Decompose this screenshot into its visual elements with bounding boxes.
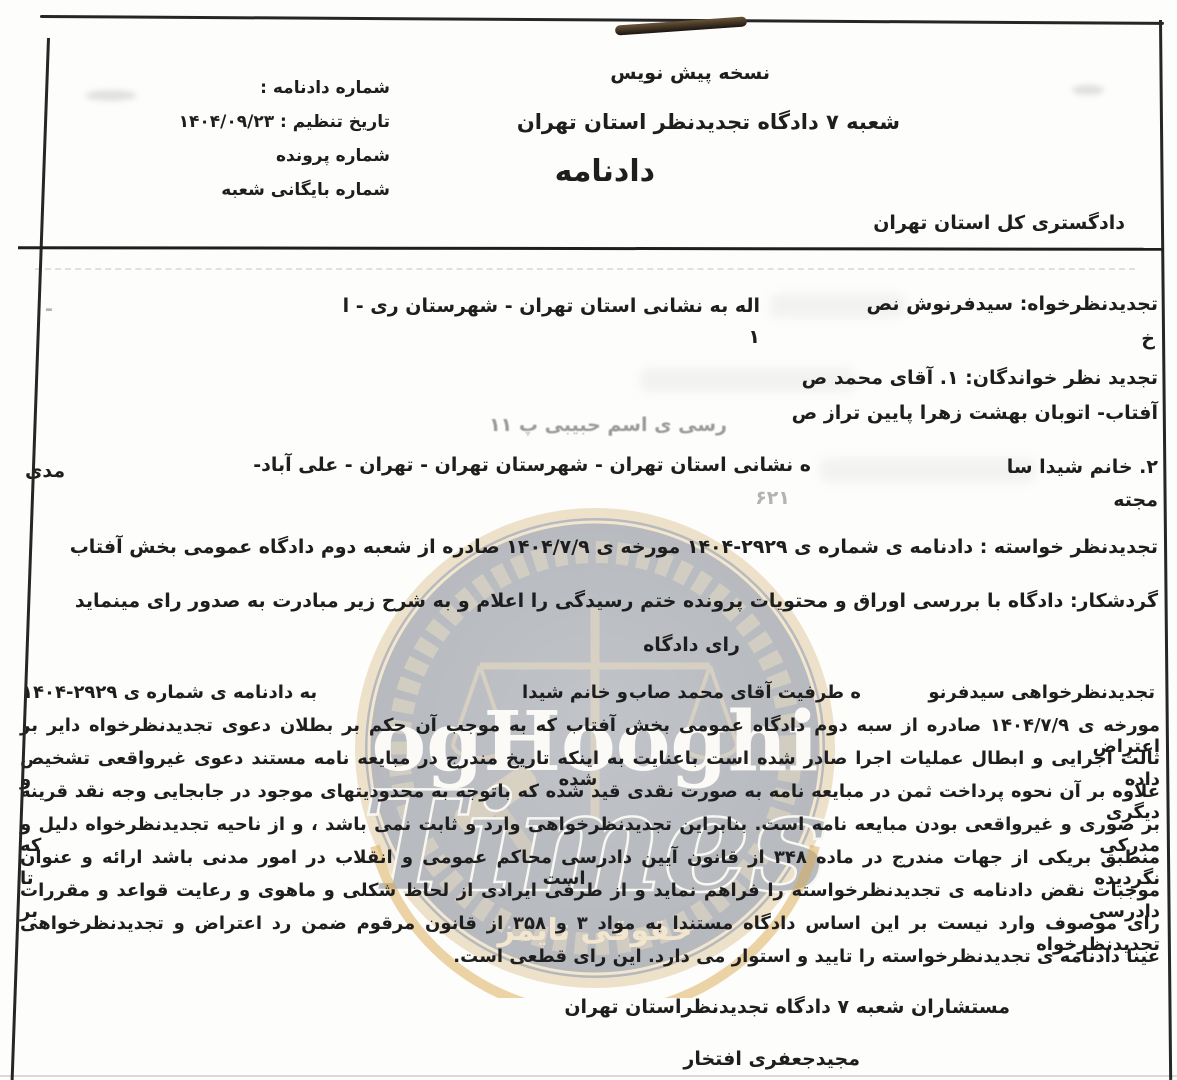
- verdict-heading: رای دادگاه: [643, 634, 740, 656]
- branch-archive-number-label: شماره بایگانی شعبه: [221, 180, 390, 200]
- faint-speckle-line: [35, 268, 1135, 270]
- respondent2-name: ۲. خانم شیدا سا: [1007, 456, 1158, 478]
- scan-smudge: [85, 90, 137, 101]
- page-border-right: [1159, 20, 1172, 1080]
- respondent2-address: ه نشانی استان تهران - شهرستان تهران - ته…: [253, 454, 811, 476]
- verdict-line1-seg4: به دادنامه ی شماره ی ۲۹۲۹-۱۴۰۴: [22, 682, 317, 703]
- appellant-address: اله به نشانی استان تهران - شهرستان ری - …: [343, 295, 760, 317]
- appellant-line2-digit: ۱: [748, 326, 760, 348]
- verdict-line1-seg3: و خانم شیدا: [522, 682, 628, 703]
- page-border-top: [40, 15, 1164, 24]
- appeal-subject-line: تجدیدنظر خواسته : دادنامه ی شماره ی ۲۹۲۹…: [70, 536, 1158, 558]
- issue-date-line: تاریخ تنظیم : ۱۴۰۴/۰۹/۲۳: [179, 112, 390, 132]
- respondent2-line2: مجته: [1113, 489, 1158, 511]
- respondent2-faint-number: ۶۲۱: [755, 487, 790, 509]
- advisors-signature-title: مستشاران شعبه ۷ دادگاه تجدیدنظراستان تهر…: [564, 996, 1010, 1018]
- justice-department-title: دادگستری کل استان تهران: [873, 212, 1125, 234]
- verdict-line1-seg1: تجدیدنظرخواهی سیدفرنو: [928, 682, 1155, 703]
- procedure-line: گردشکار: دادگاه با بررسی اوراق و محتویات…: [75, 590, 1158, 612]
- document-title: دادنامه: [555, 154, 655, 189]
- respondents-label: تجدید نظر خواندگان: ۱. آقای محمد ص: [802, 367, 1158, 389]
- court-branch-title: شعبه ۷ دادگاه تجدیدنظر استان تهران: [517, 110, 900, 134]
- judge-name: مجیدجعفری افتخار: [683, 1048, 860, 1070]
- header-divider-line: [18, 246, 1164, 250]
- scan-smudge: [1072, 85, 1104, 95]
- respondent1-address: آفتاب- اتوبان بهشت زهرا پایین تراز ص: [792, 402, 1158, 424]
- page-edge-bottom: [0, 1075, 1177, 1077]
- verdict-line1-seg2: ه طرفیت آقای محمد صاب: [629, 682, 861, 703]
- redaction-blur: [820, 458, 1035, 482]
- judgment-number-label: شماره دادنامه :: [260, 78, 390, 98]
- appellant-cutoff-mark: -: [45, 298, 53, 320]
- scanned-court-judgment-page: ogHooghi Times حقوقی تایمز نسخه پیش نویس…: [0, 0, 1177, 1080]
- appellant-line: تجدیدنظرخواه: سیدفرنوش نص: [866, 293, 1158, 315]
- draft-copy-label: نسخه پیش نویس: [610, 62, 770, 84]
- respondent1-blurred-text: رسی ی اسم حبیبی پ ۱۱: [489, 414, 727, 436]
- appellant-line2-letter: خ: [1141, 328, 1155, 350]
- verdict-body-line-last: عینا دادنامه ی تجدیدنظرخواسته را تایید و…: [20, 946, 1160, 967]
- case-number-label: شماره پرونده: [276, 146, 390, 166]
